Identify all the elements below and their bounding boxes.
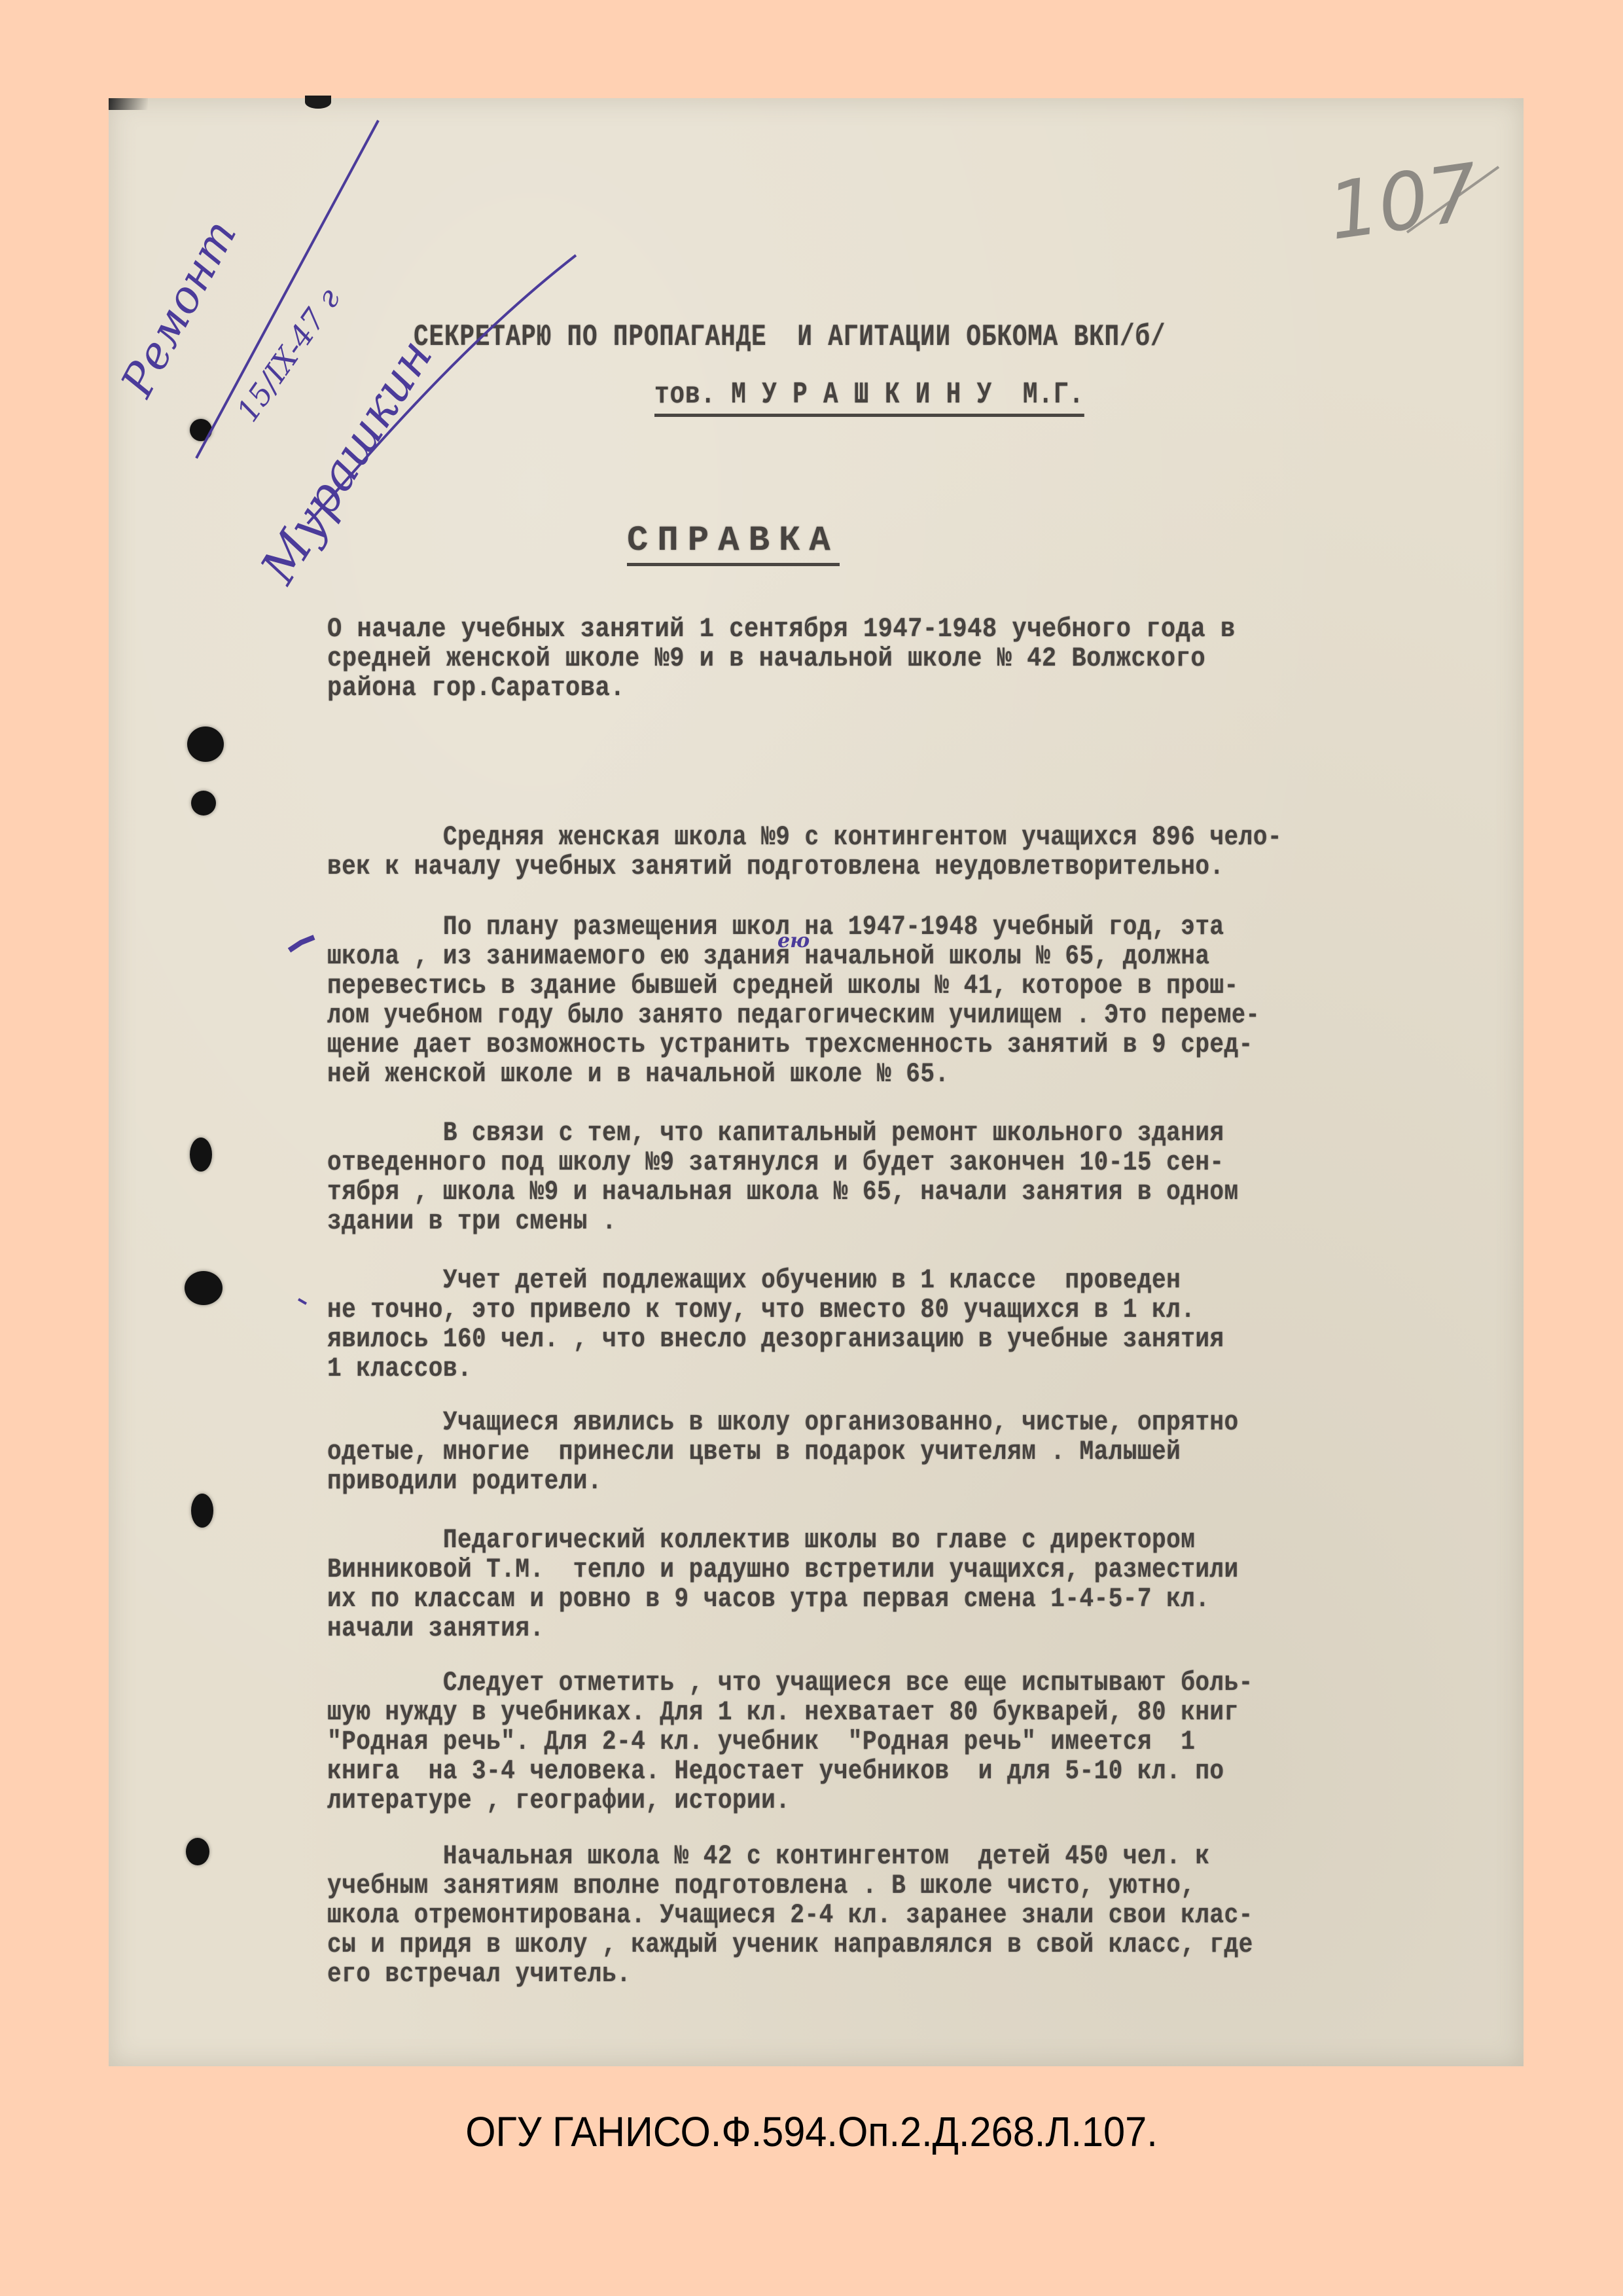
archive-reference-caption: ОГУ ГАНИСО.Ф.594.Оп.2.Д.268.Л.107. bbox=[57, 2108, 1566, 2156]
handwriting-strokes bbox=[0, 0, 1623, 2296]
handwritten-correction: ею bbox=[777, 929, 810, 952]
